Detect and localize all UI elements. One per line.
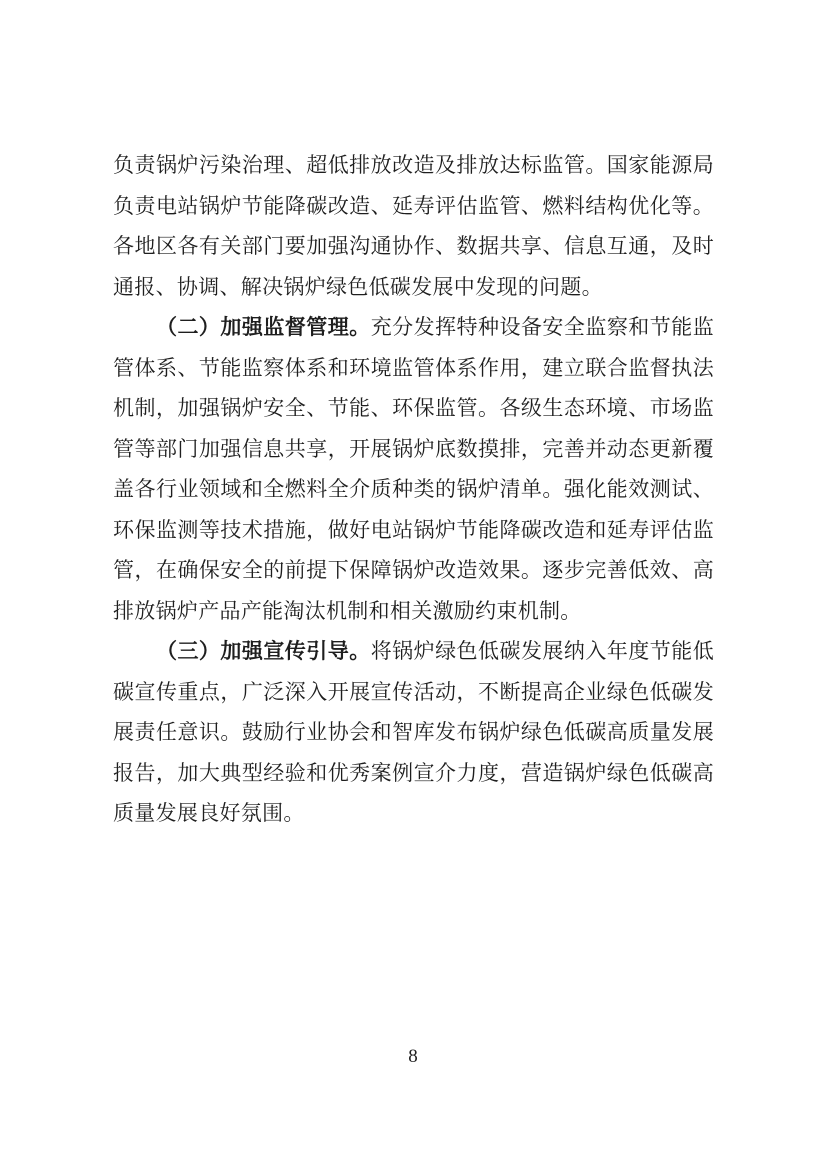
- paragraph-section-3: （三）加强宣传引导。将锅炉绿色低碳发展纳入年度节能低碳宣传重点，广泛深入开展宣传…: [113, 631, 714, 834]
- section-3-heading: （三）加强宣传引导。: [156, 639, 371, 663]
- paragraph-continuation: 负责锅炉污染治理、超低排放改造及排放达标监管。国家能源局负责电站锅炉节能降碳改造…: [113, 145, 714, 307]
- paragraph-continuation-text: 负责锅炉污染治理、超低排放改造及排放达标监管。国家能源局负责电站锅炉节能降碳改造…: [113, 153, 714, 299]
- paragraph-section-2: （二）加强监督管理。充分发挥特种设备安全监察和节能监管体系、节能监察体系和环境监…: [113, 307, 714, 631]
- document-text-block: 负责锅炉污染治理、超低排放改造及排放达标监管。国家能源局负责电站锅炉节能降碳改造…: [113, 145, 714, 834]
- page-number: 8: [408, 1046, 418, 1067]
- section-2-body: 充分发挥特种设备安全监察和节能监管体系、节能监察体系和环境监管体系作用，建立联合…: [113, 315, 714, 623]
- section-2-heading: （二）加强监督管理。: [156, 315, 371, 339]
- page-footer: 8: [0, 1043, 826, 1071]
- document-page: 负责锅炉污染治理、超低排放改造及排放达标监管。国家能源局负责电站锅炉节能降碳改造…: [0, 0, 826, 1169]
- section-3-body: 将锅炉绿色低碳发展纳入年度节能低碳宣传重点，广泛深入开展宣传活动，不断提高企业绿…: [113, 639, 714, 825]
